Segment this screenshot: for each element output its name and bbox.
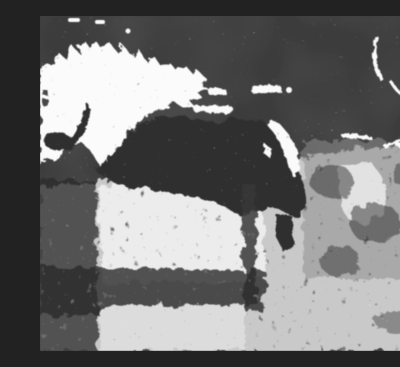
halftone-photograph: Very grainy, high-contrast black-and-whi… [40,16,400,351]
dark-pepper-noise [40,16,400,351]
photo-canvas [40,16,400,351]
